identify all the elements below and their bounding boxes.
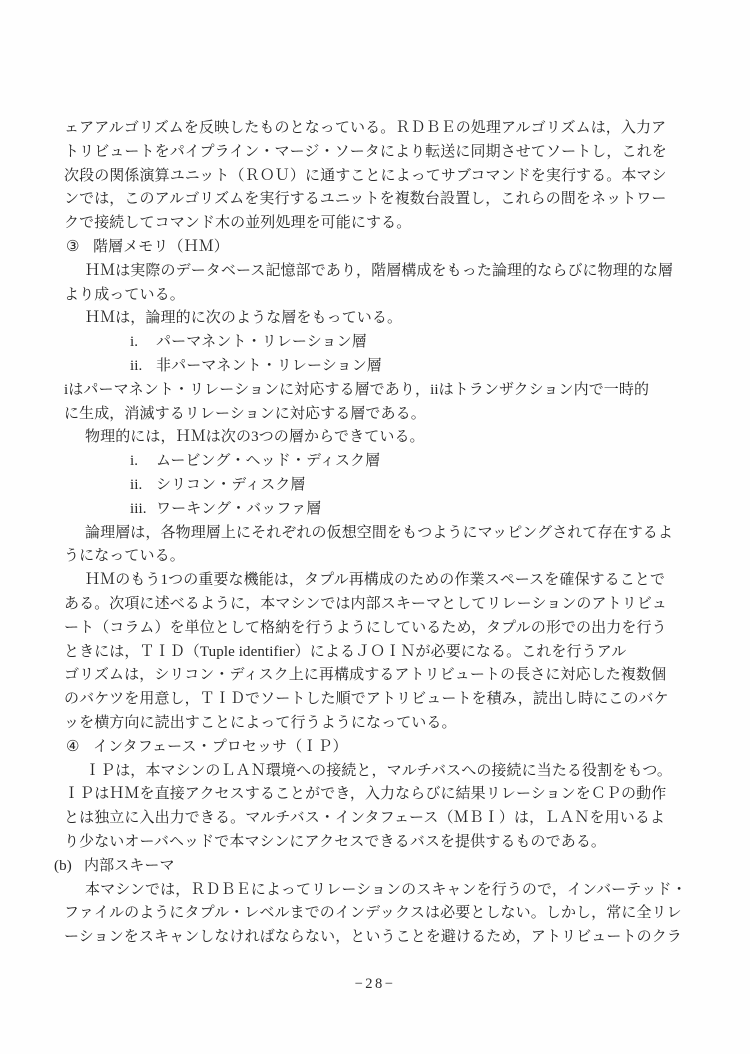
text-line: に生成，消滅するリレーションに対応する層である。 <box>64 403 668 427</box>
line-text: に生成，消滅するリレーションに対応する層である。 <box>64 406 426 422</box>
text-line: ート（コラム）を単位として格納を行うようにしているため，タプルの形での出力を行う <box>64 617 668 641</box>
line-text: のバケツを用意し，ＴＩＤでソートした順でアトリビュートを積み，読出し時にこのバケ <box>64 691 669 707</box>
line-text: ある。次項に述べるように，本マシンでは内部スキーマとしてリレーションのアトリビュ <box>64 596 667 612</box>
text-line: 本マシンでは，ＲＤＢＥによってリレーションのスキャンを行うので，インバーテッド・ <box>64 879 668 903</box>
text-line: 物理的には，ＨＭは次の3つの層からできている。 <box>64 426 668 450</box>
line-text: ＩＰはＨＭを直接アクセスすることができ，入力ならびに結果リレーションをＣＰの動作 <box>64 786 666 802</box>
line-text: クで接続してコマンド木の並列処理を可能にする。 <box>64 215 411 231</box>
text-line: うになっている。 <box>64 545 668 569</box>
line-text: iはパーマネント・リレーションに対応する層であり，iiはトランザクション内で一時… <box>64 382 649 398</box>
line-text: ファイルのようにタプル・レベルまでのインデックスは必要としない。しかし，常に全リ… <box>64 905 682 921</box>
line-text: ＨＭのもう1つの重要な機能は，タプル再構成のための作業スペースを確保することで <box>85 572 665 588</box>
text-line: iはパーマネント・リレーションに対応する層であり，iiはトランザクション内で一時… <box>64 379 668 403</box>
text-line: ④インタフェース・プロセッサ（ＩＰ） <box>64 736 668 760</box>
text-line: ＨＭは，論理的に次のような層をもっている。 <box>64 307 668 331</box>
line-text: ＩＰは，本マシンのＬＡＮ環境への接続と，マルチバスへの接続に当たる役割をもつ。 <box>85 763 672 779</box>
text-line: 次段の関係演算ユニット（ＲＯＵ）に通すことによってサブコマンドを実行する。本マシ <box>64 165 668 189</box>
line-text: 論理層は，各物理層上にそれぞれの仮想空間をもつようにマッピングされて存在するよ <box>85 525 673 541</box>
text-line: iii.ワーキング・バッファ層 <box>64 498 668 522</box>
text-line: ッを横方向に読出すことによって行うようになっている。 <box>64 712 668 736</box>
text-line: トリビュートをパイプライン・マージ・ソータにより転送に同期させてソートし，これを <box>64 141 668 165</box>
line-text: り少ないオーバヘッドで本マシンにアクセスできるバスを提供するものである。 <box>64 834 606 850</box>
line-text: ＨＭは，論理的に次のような層をもっている。 <box>85 310 402 326</box>
line-text: ゴリズムは，シリコン・ディスク上に再構成するアトリビュートの長さに対応した複数個 <box>64 667 666 683</box>
text-line: 論理層は，各物理層上にそれぞれの仮想空間をもつようにマッピングされて存在するよ <box>64 522 668 546</box>
line-marker: i. <box>130 450 156 474</box>
line-text: インタフェース・プロセッサ（ＩＰ） <box>93 739 348 755</box>
line-text: うになっている。 <box>64 548 185 564</box>
text-line: ③階層メモリ（ＨＭ） <box>64 236 668 260</box>
line-marker: i. <box>130 331 156 355</box>
line-marker: ④ <box>66 736 93 760</box>
line-marker: (b) <box>54 855 84 879</box>
line-text: ート（コラム）を単位として格納を行うようにしているため，タプルの形での出力を行う <box>64 620 667 636</box>
line-text: ッを横方向に読出すことによって行うようになっている。 <box>64 715 457 731</box>
text-line: (b)内部スキーマ <box>54 855 668 879</box>
line-marker: iii. <box>130 498 156 522</box>
text-line: クで接続してコマンド木の並列処理を可能にする。 <box>64 212 668 236</box>
text-line: り少ないオーバヘッドで本マシンにアクセスできるバスを提供するものである。 <box>64 831 668 855</box>
text-line: とは独立に入出力できる。マルチバス・インタフェース（ＭＢＩ）は，ＬＡＮを用いるよ <box>64 807 668 831</box>
line-text: パーマネント・リレーション層 <box>156 334 367 350</box>
line-text: ェアアルゴリズムを反映したものとなっている。ＲＤＢＥの処理アルゴリズムは，入力ア <box>64 120 666 136</box>
text-line: ＩＰは，本マシンのＬＡＮ環境への接続と，マルチバスへの接続に当たる役割をもつ。 <box>64 760 668 784</box>
line-text: ＨＭは実際のデータベース記憶部であり，階層構成をもった論理的ならびに物理的な層 <box>85 263 673 279</box>
text-line: ＨＭのもう1つの重要な機能は，タプル再構成のための作業スペースを確保することで <box>64 569 668 593</box>
text-line: ii.シリコン・ディスク層 <box>64 474 668 498</box>
text-line: ＨＭは実際のデータベース記憶部であり，階層構成をもった論理的ならびに物理的な層 <box>64 260 668 284</box>
text-line: ンでは，このアルゴリズムを実行するユニットを複数台設置し，これらの間をネットワー <box>64 188 668 212</box>
line-text: より成っている。 <box>64 287 185 303</box>
line-text: とは独立に入出力できる。マルチバス・インタフェース（ＭＢＩ）は，ＬＡＮを用いるよ <box>64 810 665 826</box>
line-text: 非パーマネント・リレーション層 <box>156 358 382 374</box>
text-line: ＩＰはＨＭを直接アクセスすることができ，入力ならびに結果リレーションをＣＰの動作 <box>64 783 668 807</box>
text-line: ファイルのようにタプル・レベルまでのインデックスは必要としない。しかし，常に全リ… <box>64 902 668 926</box>
line-text: 次段の関係演算ユニット（ＲＯＵ）に通すことによってサブコマンドを実行する。本マシ <box>64 168 667 184</box>
text-line: i.ムービング・ヘッド・ディスク層 <box>64 450 668 474</box>
text-line: より成っている。 <box>64 284 668 308</box>
text-line: ときには，ＴＩＤ（Tuple identifier）によるＪＯＩＮが必要になる。… <box>64 641 668 665</box>
page-number: −28− <box>0 976 750 993</box>
text-line: のバケツを用意し，ＴＩＤでソートした順でアトリビュートを積み，読出し時にこのバケ <box>64 688 668 712</box>
line-text: シリコン・ディスク層 <box>156 477 306 493</box>
document-page: ェアアルゴリズムを反映したものとなっている。ＲＤＢＥの処理アルゴリズムは，入力ア… <box>0 0 750 1054</box>
text-line: ii.非パーマネント・リレーション層 <box>64 355 668 379</box>
text-line: ある。次項に述べるように，本マシンでは内部スキーマとしてリレーションのアトリビュ <box>64 593 668 617</box>
line-text: 内部スキーマ <box>84 858 175 874</box>
line-text: ときには，ＴＩＤ（Tuple identifier）によるＪＯＩＮが必要になる。… <box>64 644 626 660</box>
text-body: ェアアルゴリズムを反映したものとなっている。ＲＤＢＥの処理アルゴリズムは，入力ア… <box>64 117 668 950</box>
line-text: トリビュートをパイプライン・マージ・ソータにより転送に同期させてソートし，これを <box>64 144 667 160</box>
text-line: ーションをスキャンしなければならない，ということを避けるため，アトリビュートのク… <box>64 926 668 950</box>
line-text: ワーキング・バッファ層 <box>156 501 321 517</box>
line-marker: ii. <box>130 474 156 498</box>
line-text: 階層メモリ（ＨＭ） <box>93 239 229 255</box>
line-marker: ③ <box>66 236 93 260</box>
text-line: ゴリズムは，シリコン・ディスク上に再構成するアトリビュートの長さに対応した複数個 <box>64 664 668 688</box>
line-text: 本マシンでは，ＲＤＢＥによってリレーションのスキャンを行うので，インバーテッド・ <box>85 882 687 898</box>
text-line: ェアアルゴリズムを反映したものとなっている。ＲＤＢＥの処理アルゴリズムは，入力ア <box>64 117 668 141</box>
line-text: 物理的には，ＨＭは次の3つの層からできている。 <box>85 429 425 445</box>
line-text: ーションをスキャンしなければならない，ということを避けるため，アトリビュートのク… <box>64 929 682 945</box>
line-text: ムービング・ヘッド・ディスク層 <box>156 453 380 469</box>
line-text: ンでは，このアルゴリズムを実行するユニットを複数台設置し，これらの間をネットワー <box>64 191 667 207</box>
text-line: i.パーマネント・リレーション層 <box>64 331 668 355</box>
line-marker: ii. <box>130 355 156 379</box>
